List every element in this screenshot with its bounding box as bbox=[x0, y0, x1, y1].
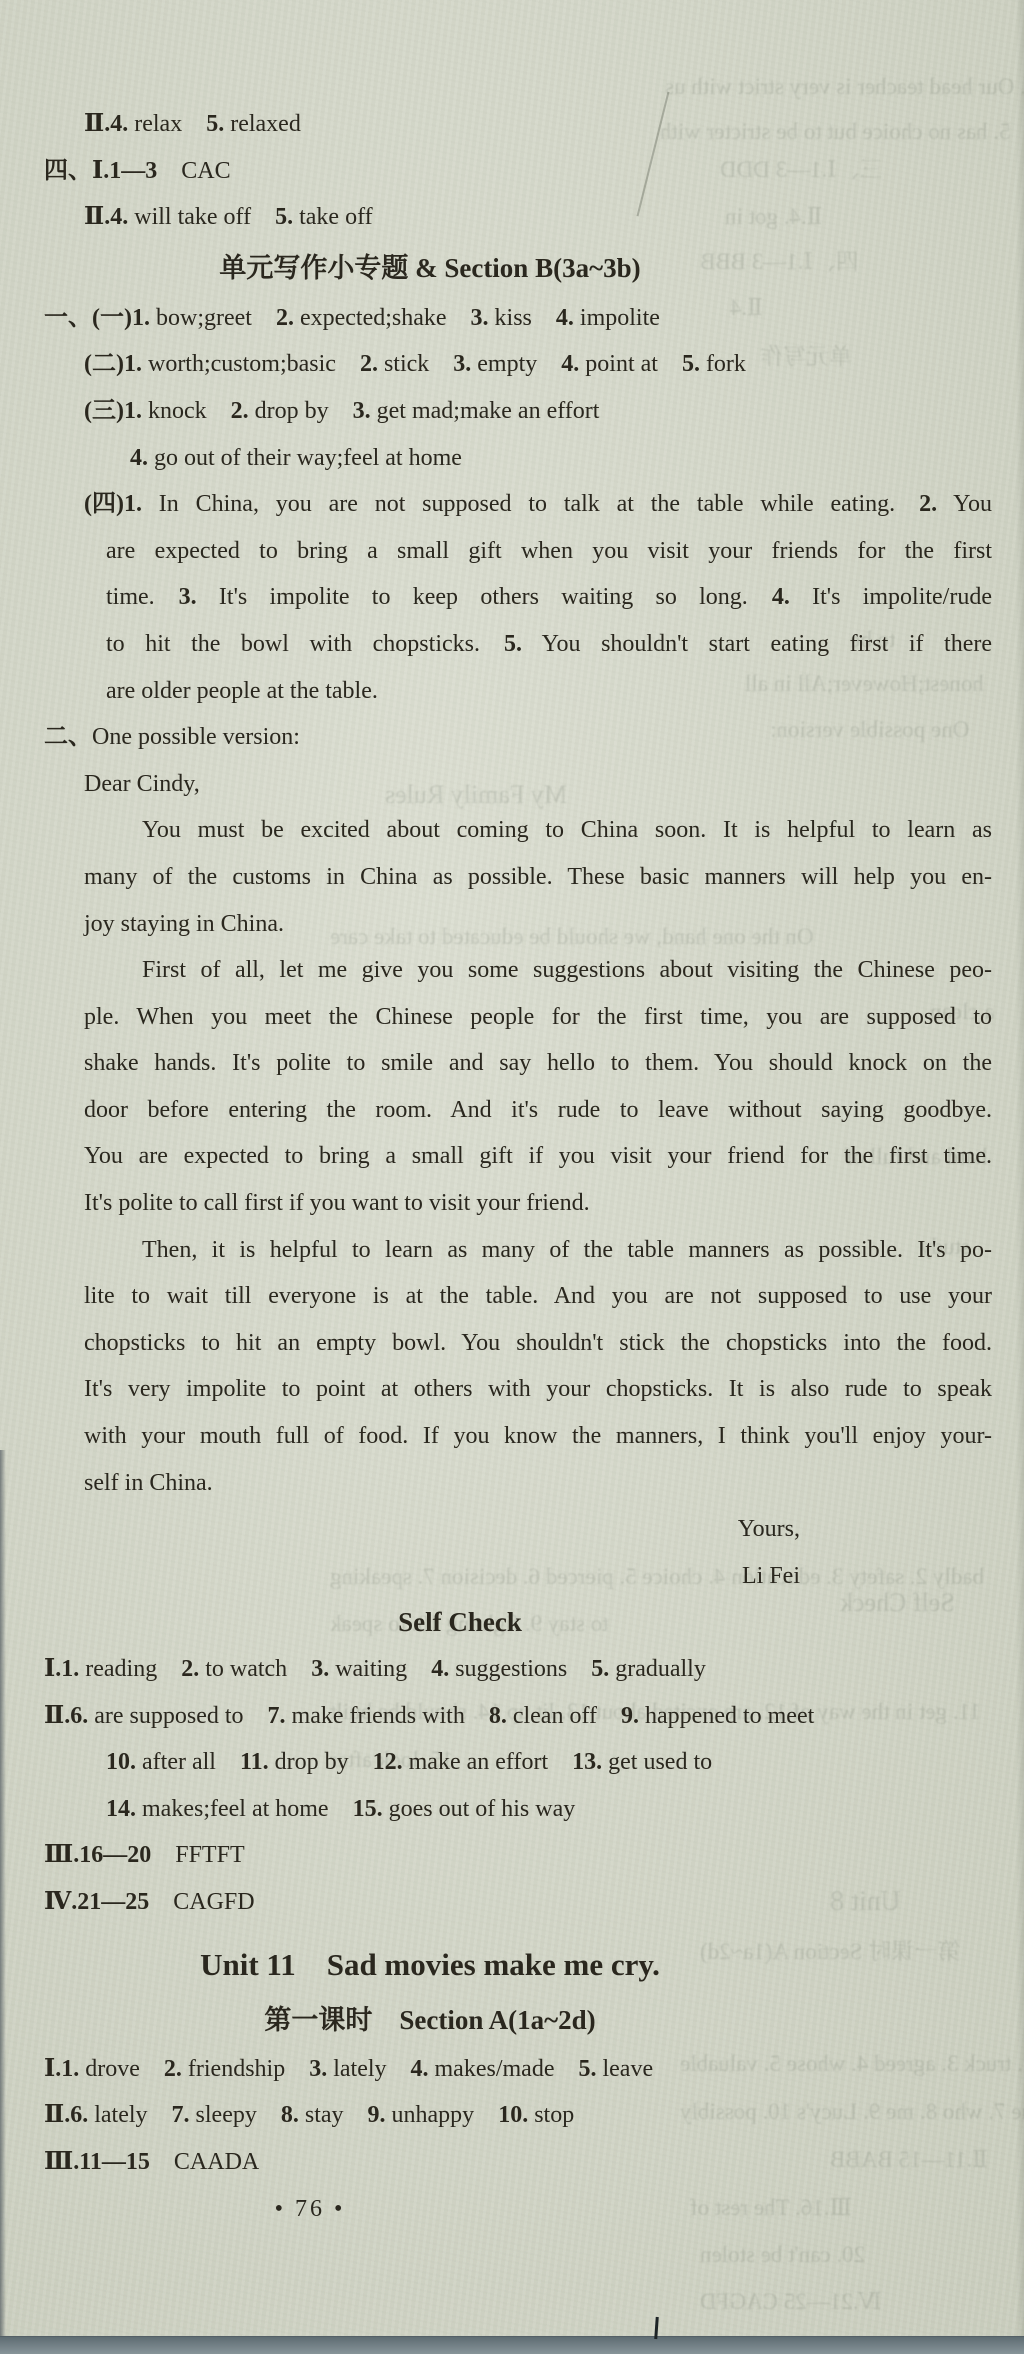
answer-line: Ⅳ.21—25 CAGFD bbox=[0, 1879, 1024, 1926]
answer-line: joy staying in China. bbox=[0, 901, 1024, 948]
answer-line: 一、(一)1. bow;greet 2. expected;shake 3. k… bbox=[0, 295, 1024, 342]
answer-line: Ⅱ.4. relax 5. relaxed bbox=[0, 101, 1024, 148]
scan-bottom-edge bbox=[0, 2336, 1024, 2354]
lesson-heading: 第一课时 Section A(1a~2d) bbox=[0, 1994, 860, 2046]
answer-line: (三)1. knock 2. drop by 3. get mad;make a… bbox=[0, 388, 1024, 435]
answer-line: door before entering the room. And it's … bbox=[0, 1087, 1024, 1134]
answer-line: chopsticks to hit an empty bowl. You sho… bbox=[0, 1320, 1024, 1367]
bleedthrough-text: 20. can't be stolen bbox=[700, 2243, 865, 2266]
answer-line: to hit the bowl with chopsticks. 5. You … bbox=[0, 621, 1024, 668]
answer-line: 二、One possible version: bbox=[0, 714, 1024, 761]
answer-line: 10. after all 11. drop by 12. make an ef… bbox=[0, 1739, 1024, 1786]
answer-line: Ⅰ.1. reading 2. to watch 3. waiting 4. s… bbox=[0, 1646, 1024, 1693]
answer-line: time. 3. It's impolite to keep others wa… bbox=[0, 574, 1024, 621]
scan-left-edge bbox=[0, 1450, 6, 2354]
answer-line: Ⅰ.1. drove 2. friendship 3. lately 4. ma… bbox=[0, 2046, 1024, 2093]
bleedthrough-text: Ⅱ.4. Our head teacher is very strict wit… bbox=[665, 75, 1024, 98]
signature-line: Yours, bbox=[0, 1506, 800, 1553]
answer-line: are expected to bring a small gift when … bbox=[0, 528, 1024, 575]
answer-line: It's very impolite to point at others wi… bbox=[0, 1366, 1024, 1413]
answer-line: Dear Cindy, bbox=[0, 761, 1024, 808]
scanned-answer-page: { "page": { "number_display": "• 76 •" }… bbox=[0, 0, 1024, 2354]
bleedthrough-text: Ⅳ.21—25 CAGFD bbox=[700, 2290, 881, 2313]
answer-line: Ⅲ.11—15 CAADA bbox=[0, 2139, 1024, 2186]
answer-line: with your mouth full of food. If you kno… bbox=[0, 1413, 1024, 1460]
answer-line: (二)1. worth;custom;basic 2. stick 3. emp… bbox=[0, 341, 1024, 388]
answer-line: Ⅱ.6. lately 7. sleepy 8. stay 9. unhappy… bbox=[0, 2092, 1024, 2139]
answer-line: First of all, let me give you some sugge… bbox=[0, 947, 1024, 994]
answer-line: many of the customs in China as possible… bbox=[0, 854, 1024, 901]
answer-line: (四)1. In China, you are not supposed to … bbox=[0, 481, 1024, 528]
answer-line: Ⅲ.16—20 FFTFT bbox=[0, 1832, 1024, 1879]
answer-line: are older people at the table. bbox=[0, 668, 1024, 715]
answer-line: Then, it is helpful to learn as many of … bbox=[0, 1227, 1024, 1274]
page-number: • 76 • bbox=[0, 2186, 620, 2232]
answer-line: You must be excited about coming to Chin… bbox=[0, 807, 1024, 854]
answer-line: self in China. bbox=[0, 1460, 1024, 1507]
answer-line: Ⅱ.4. will take off 5. take off bbox=[0, 194, 1024, 241]
answer-line: Ⅱ.6. are supposed to 7. make friends wit… bbox=[0, 1693, 1024, 1740]
answers-column: Ⅱ.4. relax 5. relaxed四、Ⅰ.1—3 CACⅡ.4. wil… bbox=[0, 101, 1024, 2185]
answer-line: 4. go out of their way;feel at home bbox=[0, 435, 1024, 482]
answer-line: lite to wait till everyone is at the tab… bbox=[0, 1273, 1024, 1320]
signature-line: Li Fei bbox=[0, 1553, 800, 1600]
scan-right-edge bbox=[1016, 0, 1024, 2354]
unit-heading: Unit 11 Sad movies make me cry. bbox=[0, 1936, 860, 1994]
selfcheck-heading: Self Check bbox=[0, 1599, 920, 1646]
answer-line: You are expected to bring a small gift i… bbox=[0, 1133, 1024, 1180]
answer-line: 14. makes;feel at home 15. goes out of h… bbox=[0, 1786, 1024, 1833]
bleedthrough-text: Ⅲ.16. The rest of bbox=[690, 2196, 852, 2219]
answer-line: shake hands. It's polite to smile and sa… bbox=[0, 1040, 1024, 1087]
answer-line: ple. When you meet the Chinese people fo… bbox=[0, 994, 1024, 1041]
answer-line: It's polite to call first if you want to… bbox=[0, 1180, 1024, 1227]
section-heading: 单元写作小专题 & Section B(3a~3b) bbox=[0, 243, 860, 293]
answer-line: 四、Ⅰ.1—3 CAC bbox=[0, 148, 1024, 195]
